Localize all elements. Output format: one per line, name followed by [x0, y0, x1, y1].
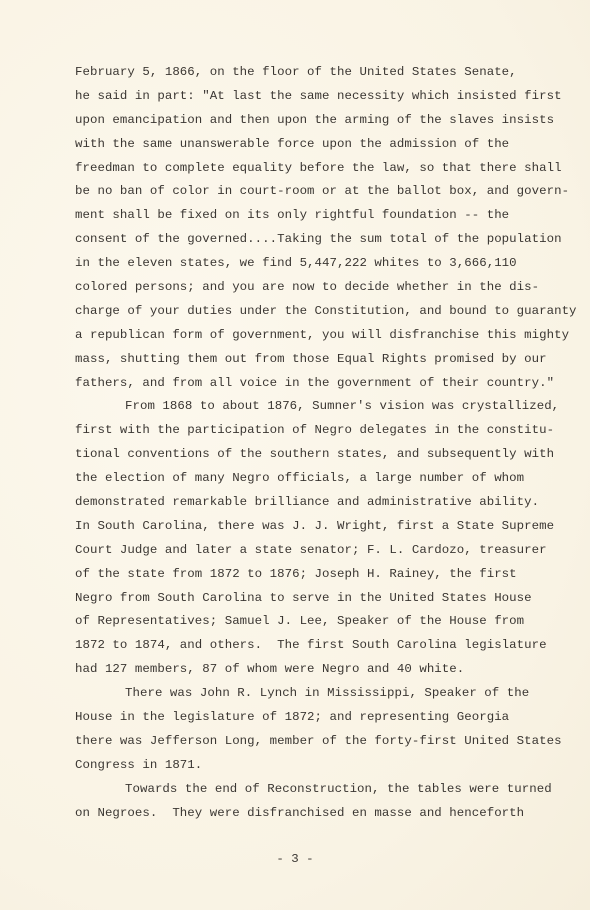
text-line: From 1868 to about 1876, Sumner's vision…	[75, 395, 575, 419]
text-line: be no ban of color in court-room or at t…	[75, 180, 575, 204]
text-line: February 5, 1866, on the floor of the Un…	[75, 61, 575, 85]
text-line: There was John R. Lynch in Mississippi, …	[75, 682, 575, 706]
text-line: freedman to complete equality before the…	[75, 157, 575, 181]
text-line: a republican form of government, you wil…	[75, 324, 575, 348]
text-line: Congress in 1871.	[75, 754, 575, 778]
text-line: first with the participation of Negro de…	[75, 419, 575, 443]
text-line: Towards the end of Reconstruction, the t…	[75, 778, 575, 802]
text-line: upon emancipation and then upon the armi…	[75, 109, 575, 133]
page-number: - 3 -	[0, 852, 590, 866]
text-line: fathers, and from all voice in the gover…	[75, 372, 575, 396]
body-text: February 5, 1866, on the floor of the Un…	[75, 61, 575, 826]
text-line: consent of the governed....Taking the su…	[75, 228, 575, 252]
text-line: in the eleven states, we find 5,447,222 …	[75, 252, 575, 276]
text-line: Court Judge and later a state senator; F…	[75, 539, 575, 563]
text-line: Negro from South Carolina to serve in th…	[75, 587, 575, 611]
text-line: 1872 to 1874, and others. The first Sout…	[75, 634, 575, 658]
text-line: charge of your duties under the Constitu…	[75, 300, 575, 324]
paragraph-3: There was John R. Lynch in Mississippi, …	[75, 682, 575, 778]
text-line: of the state from 1872 to 1876; Joseph H…	[75, 563, 575, 587]
paragraph-1: February 5, 1866, on the floor of the Un…	[75, 61, 575, 395]
text-line: he said in part: "At last the same neces…	[75, 85, 575, 109]
text-line: In South Carolina, there was J. J. Wrigh…	[75, 515, 575, 539]
text-line: of Representatives; Samuel J. Lee, Speak…	[75, 610, 575, 634]
text-line: had 127 members, 87 of whom were Negro a…	[75, 658, 575, 682]
paragraph-4: Towards the end of Reconstruction, the t…	[75, 778, 575, 826]
text-line: there was Jefferson Long, member of the …	[75, 730, 575, 754]
text-line: demonstrated remarkable brilliance and a…	[75, 491, 575, 515]
text-line: on Negroes. They were disfranchised en m…	[75, 802, 575, 826]
text-line: ment shall be fixed on its only rightful…	[75, 204, 575, 228]
text-line: House in the legislature of 1872; and re…	[75, 706, 575, 730]
text-line: mass, shutting them out from those Equal…	[75, 348, 575, 372]
text-line: colored persons; and you are now to deci…	[75, 276, 575, 300]
paragraph-2: From 1868 to about 1876, Sumner's vision…	[75, 395, 575, 682]
document-page: February 5, 1866, on the floor of the Un…	[0, 0, 590, 910]
text-line: with the same unanswerable force upon th…	[75, 133, 575, 157]
text-line: tional conventions of the southern state…	[75, 443, 575, 467]
text-line: the election of many Negro officials, a …	[75, 467, 575, 491]
